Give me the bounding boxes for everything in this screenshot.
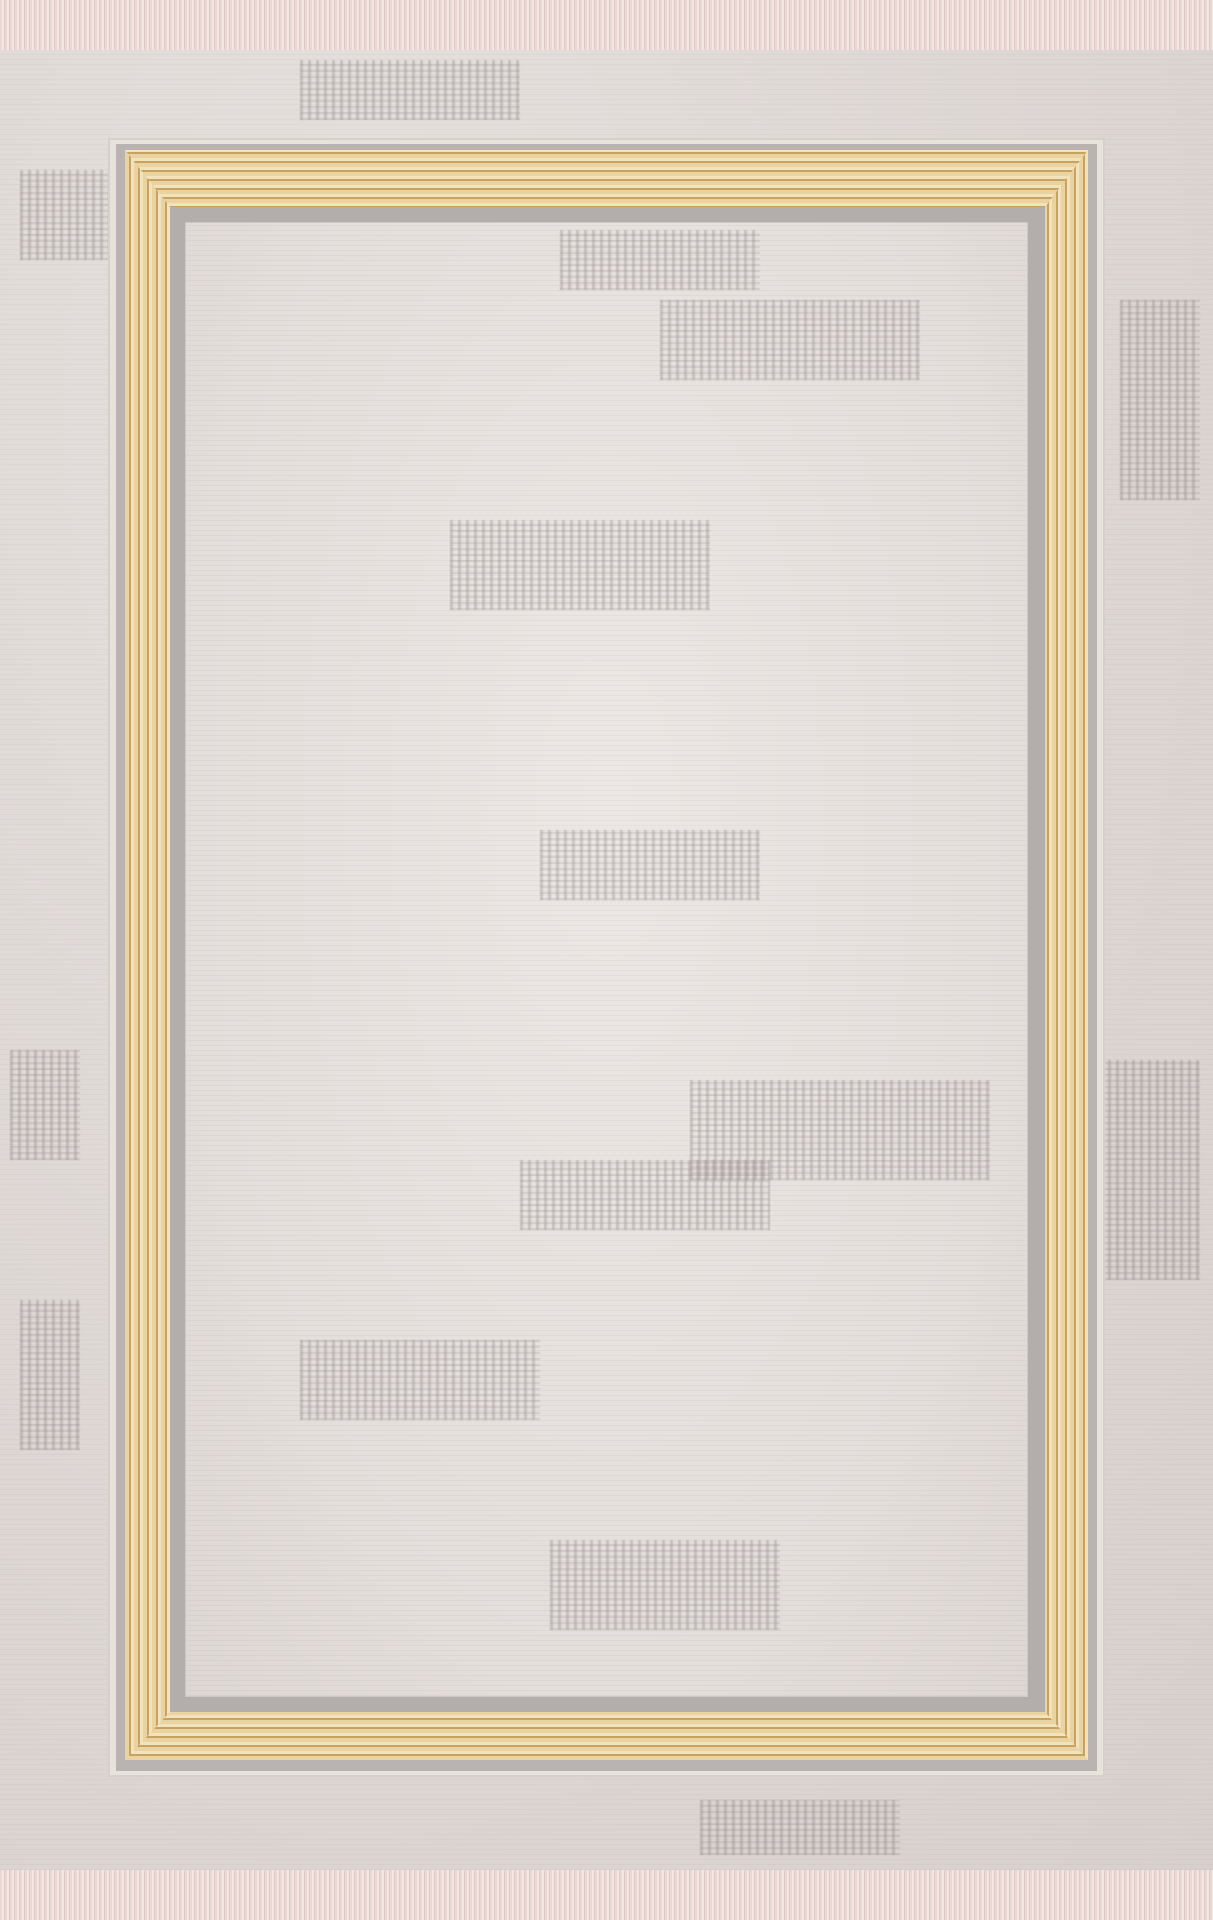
rug-photo [0,0,1213,1920]
distress-pattern [300,60,520,120]
distress-pattern [10,1050,80,1160]
distress-pattern [20,170,110,260]
distress-pattern [1100,1060,1200,1280]
distress-pattern [540,830,760,900]
distress-pattern [450,520,710,610]
distress-pattern [550,1540,780,1630]
distress-pattern [520,1160,770,1230]
distress-pattern [700,1800,900,1855]
inner-field [185,222,1028,1697]
distress-pattern [1120,300,1200,500]
top-fringe [0,0,1213,50]
distress-pattern [300,1340,540,1420]
distress-pattern [560,230,760,290]
bottom-fringe [0,1870,1213,1920]
distress-pattern [660,300,920,380]
distress-pattern [20,1300,80,1450]
